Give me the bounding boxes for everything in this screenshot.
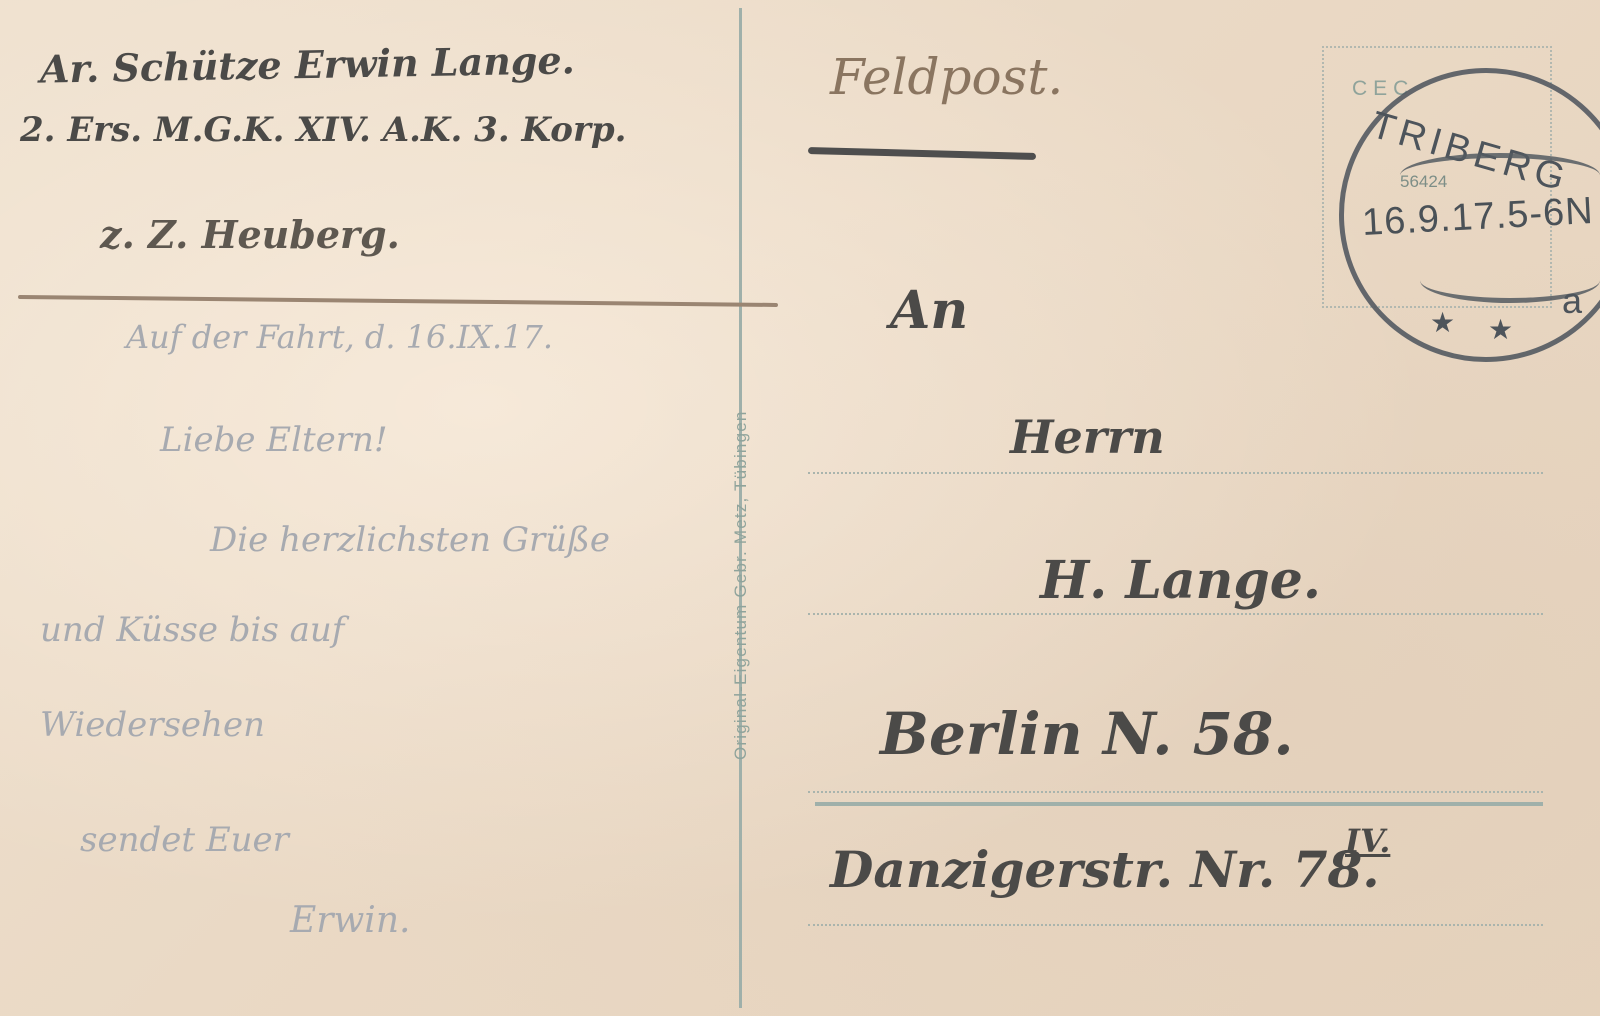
address-solid-rule	[815, 802, 1543, 806]
message-greeting: Liebe Eltern!	[160, 420, 388, 460]
recipient-city: Berlin N. 58.	[880, 700, 1294, 768]
address-line-4	[808, 924, 1543, 926]
star-icon: ★	[1488, 313, 1513, 346]
postmark-letter: a	[1562, 280, 1582, 322]
sender-line-2: 2. Ers. M.G.K. XIV. A.K. 3. Korp.	[20, 110, 627, 150]
address-line-1	[808, 472, 1543, 474]
recipient-name: H. Lange.	[1040, 550, 1321, 611]
message-dateline: Auf der Fahrt, d. 16.IX.17.	[126, 318, 553, 356]
message-line-3: Wiedersehen	[40, 705, 265, 745]
message-line-2: und Küsse bis auf	[40, 610, 344, 650]
postcard: Original-Eigentum Gebr. Metz, Tübingen C…	[0, 0, 1600, 1016]
recipient-salutation: An	[890, 280, 968, 341]
sender-line-3: z. Z. Heuberg.	[100, 212, 400, 257]
feldpost-underline	[808, 147, 1036, 160]
postmark-code: 56424	[1400, 172, 1447, 192]
message-line-4: sendet Euer	[80, 820, 289, 860]
feldpost-mark: Feldpost.	[830, 48, 1063, 106]
recipient-floor: IV.	[1345, 822, 1390, 860]
message-signature: Erwin.	[290, 900, 410, 941]
address-line-3	[808, 791, 1543, 793]
message-line-1: Die herzlichsten Grüße	[210, 520, 610, 560]
recipient-street: Danzigerstr. Nr. 78.	[830, 840, 1380, 899]
recipient-title: Herrn	[1010, 410, 1165, 464]
sender-underline	[18, 295, 778, 307]
star-icon: ★	[1430, 306, 1455, 339]
sender-line-1: Ar. Schütze Erwin Lange.	[40, 37, 576, 91]
address-line-2	[808, 613, 1543, 615]
